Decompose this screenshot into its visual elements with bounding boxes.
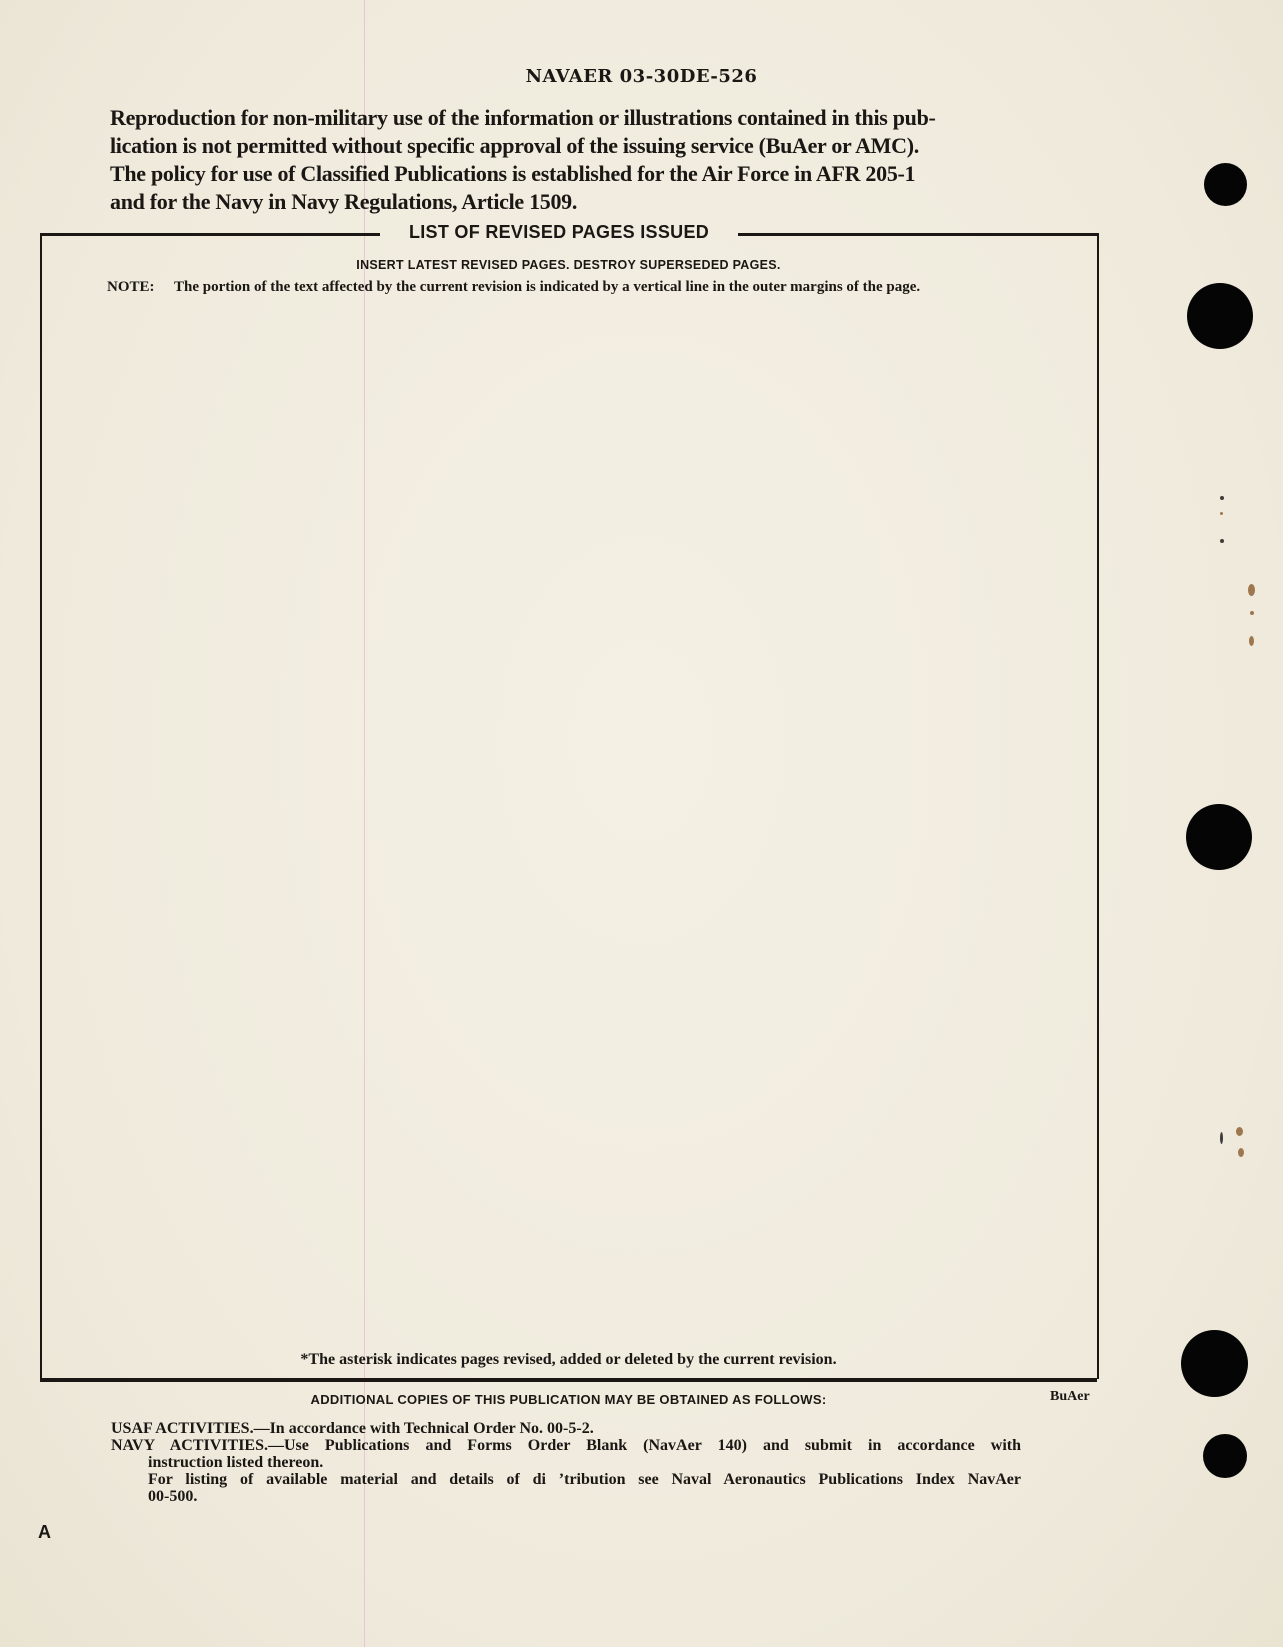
scan-speck — [1220, 1132, 1223, 1144]
box-rule — [40, 233, 380, 236]
page-letter: A — [38, 1522, 51, 1543]
ordering-instructions: USAF ACTIVITIES.—In accordance with Tech… — [111, 1420, 1021, 1505]
additional-copies-heading: ADDITIONAL COPIES OF THIS PUBLICATION MA… — [40, 1392, 1097, 1407]
publications-index-note-cont: 00-500. — [111, 1488, 1021, 1505]
scan-speck — [1220, 496, 1224, 500]
scan-speck — [1220, 539, 1224, 543]
navy-activities-cont: instruction listed thereon. — [111, 1454, 1021, 1471]
navy-activities: NAVY ACTIVITIES.—Use Publications and Fo… — [111, 1437, 1021, 1454]
usaf-activities: USAF ACTIVITIES.—In accordance with Tech… — [111, 1420, 1021, 1437]
reproduction-notice-line: lication is not permitted without specif… — [110, 132, 1035, 160]
box-rule — [40, 1378, 1097, 1382]
scan-speck — [1250, 611, 1254, 615]
reproduction-notice-line: Reproduction for non-military use of the… — [110, 104, 1035, 132]
scan-speck — [1238, 1148, 1244, 1157]
revised-pages-title: LIST OF REVISED PAGES ISSUED — [380, 222, 738, 243]
note-text: The portion of the text affected by the … — [174, 279, 1037, 296]
document-number: NAVAER 03-30DE-526 — [0, 66, 1283, 87]
punch-hole — [1181, 1330, 1248, 1397]
scan-speck — [1249, 636, 1254, 646]
reproduction-notice-line: The policy for use of Classified Publica… — [110, 160, 1035, 188]
scan-speck — [1236, 1127, 1243, 1136]
box-rule — [738, 233, 1097, 236]
reproduction-notice: Reproduction for non-military use of the… — [110, 104, 1035, 216]
punch-hole — [1186, 804, 1252, 870]
revision-note: NOTE: The portion of the text affected b… — [107, 279, 1037, 296]
punch-hole — [1203, 1434, 1247, 1478]
scan-speck — [1220, 512, 1223, 515]
reproduction-notice-line: and for the Navy in Navy Regulations, Ar… — [110, 188, 1035, 216]
scan-speck — [1248, 584, 1255, 596]
punch-hole — [1187, 283, 1253, 349]
publications-index-note: For listing of available material and de… — [111, 1471, 1021, 1488]
asterisk-note: *The asterisk indicates pages revised, a… — [40, 1351, 1097, 1369]
issuer-label: BuAer — [1050, 1389, 1090, 1405]
revised-pages-box — [40, 233, 1099, 1379]
revised-pages-instruction: INSERT LATEST REVISED PAGES. DESTROY SUP… — [40, 258, 1097, 272]
punch-hole — [1204, 163, 1247, 206]
note-label: NOTE: — [107, 279, 155, 296]
